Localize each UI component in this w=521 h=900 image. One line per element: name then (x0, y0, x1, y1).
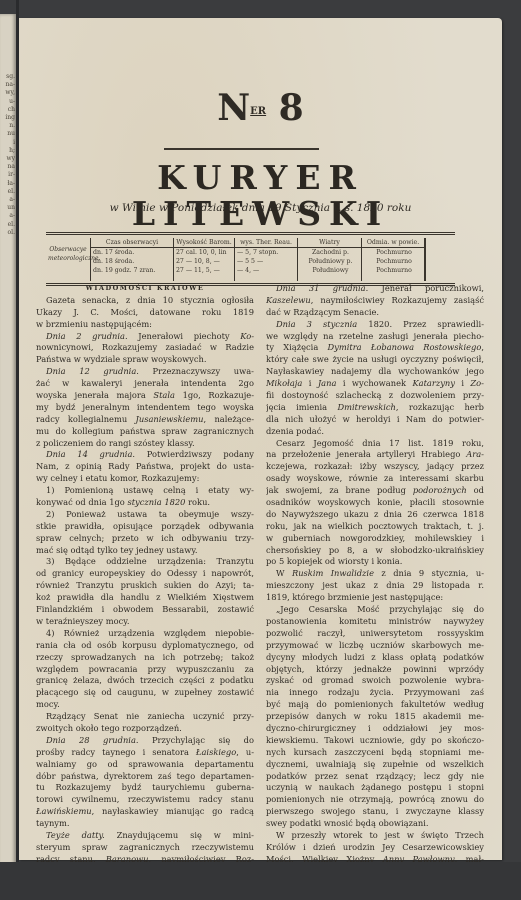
previous-page-text: ing (5, 115, 15, 121)
meteo-cell: 27 — 11, 5, — (174, 266, 234, 275)
text-line: radcy kollegialnemu Jusaniewskiemu, nale… (36, 414, 254, 426)
previous-page-text: ol. (8, 230, 15, 236)
text-line: W Ruskim Inwalidzie z dnia 9 stycznia, u… (266, 568, 484, 580)
text-line: fii dostoyność szlachecką z dozwoleniem … (266, 390, 484, 402)
text-line: koż prawidła dla handlu z Wielkiém Xięst… (36, 592, 254, 604)
dateline: w Wilnie w Poniedziałek dnia 19 Stycznia… (19, 202, 502, 214)
text-line: steryum spraw zagranicznych rzeczywistem… (36, 842, 254, 854)
text-line: żać w kawaleryi jenerała intendenta 2go (36, 378, 254, 390)
meteo-cell: — 4, — (235, 266, 297, 275)
previous-page-text: nu (7, 131, 15, 137)
meteo-cell: Pochmurno (362, 266, 424, 275)
meteo-label: Obserwacye meteorologiczne. (48, 245, 88, 263)
text-line: kiewskiemu. Takowi uczniowie, gdy po sko… (266, 735, 484, 747)
meteo-cell: — 5 5 — (235, 257, 297, 266)
text-line: w brzmieniu następującém: (36, 319, 254, 331)
meteo-column: Odmia. w powie.PochmurnoPochmurnoPochmur… (361, 238, 424, 281)
previous-page-text: el. (8, 189, 15, 195)
meteo-cell: Pochmurno (362, 257, 424, 266)
text-line: Dnia 31 grudnia. Jenerał porucznikowi, (266, 283, 484, 295)
text-line: z policzeniem do rangi szóstey klassy. (36, 438, 254, 450)
text-line: mieszczony jest ukaz z dnia 29 listopada… (266, 580, 484, 592)
previous-page-text: n. (9, 123, 15, 129)
text-line: od granicy europeyskiey do Odessy i napo… (36, 568, 254, 580)
meteo-cell: Południowy (298, 266, 361, 275)
previous-page-text: wy (6, 156, 15, 162)
meteo-column-header: Czas obserwacyi (91, 238, 173, 248)
text-line: dla nich ułożyć w heroldyi i Nam do potw… (266, 414, 484, 426)
text-line: zwoitych około tego rozporządzeń. (36, 723, 254, 735)
meteo-cell: 27 cal. 10, 0, lin (174, 248, 234, 257)
text-line: kczejewa, rozkazał: iżby wszyscy, jadący… (266, 461, 484, 473)
text-line: na przełożenie jenerała artylleryi Hrabi… (266, 449, 484, 461)
text-line: osadników woyskowych konie, płacili stos… (266, 497, 484, 509)
text-line: 1819, którego brzmienie jest następujące… (266, 592, 484, 604)
text-line: pierwszego swojego stanu, i zwyczayne kl… (266, 806, 484, 818)
previous-page-text: sg. (6, 74, 15, 80)
text-line: Ukazy J. C. Mości, datowane roku 1819 (36, 307, 254, 319)
meteo-column-header: Wysokość Barom. (174, 238, 234, 248)
text-line: objętych, którzy jednakże powinni wprzód… (266, 664, 484, 676)
text-line: taynym. (36, 818, 254, 830)
text-line: prośby radcy taynego i senatora Łaiskieg… (36, 747, 254, 759)
text-line: przyymować w liczbę uczniów skarbowych m… (266, 640, 484, 652)
text-line: dycznemi, uwalniają się zupełnie od wsze… (266, 759, 484, 771)
previous-page-text: wy, (5, 90, 15, 96)
text-line: dyczno-chirurgiczney i oddziałowi jey mo… (266, 723, 484, 735)
text-line: woyska jenerała majora Stala 1go, Rozkaz… (36, 390, 254, 402)
text-line: który całe swe życie na usługi oyczyzny … (266, 354, 484, 366)
text-line: być mają do pomienionych fakultetów wedł… (266, 699, 484, 711)
text-line: wy celney i etatu komor, Rozkazujemy: (36, 473, 254, 485)
issue-number-prefix: N (217, 87, 250, 129)
issue-number-suffix: ER (250, 106, 266, 117)
meteo-cell: dn. 17 środa. (91, 248, 173, 257)
text-line: podatków przez senat rządzący; lecz gdy … (266, 771, 484, 783)
previous-page-text: ir- (8, 172, 15, 178)
meteo-column: Czas obserwacyidn. 17 środa.dn. 18 środa… (90, 238, 173, 281)
text-line: rzeczy sprowadzanych na ich potrzebę; ta… (36, 652, 254, 664)
meteo-column: WiatryZachodni p.Południowy p.Południowy (297, 238, 361, 281)
issue-number-value: 8 (279, 87, 304, 129)
text-line: Dnia 28 grudnia. Przychylając się do (36, 735, 254, 747)
meteo-column: wys. Ther. Reau.— 5, 7 stopn.— 5 5 —— 4,… (234, 238, 297, 281)
previous-page-text: ch (8, 107, 15, 113)
text-line: w guberniach nowgorodzkiey, mohilewskiey… (266, 533, 484, 545)
text-line: ty Xiążęcia Dymitra Łobanowa Rostowskieg… (266, 342, 484, 354)
text-line: spraw celnych; przeto w ich odbywaniu tr… (36, 533, 254, 545)
text-line: dać w Rządzącym Senacie. (266, 307, 484, 319)
text-line: we względy na rzetelne zasługi jenerała … (266, 331, 484, 343)
text-line: Mikołaja i Jana i wychowanek Katarzyny i… (266, 378, 484, 390)
text-line: W przeszły wtorek to jest w święto Trzec… (266, 830, 484, 842)
right-column: Dnia 31 grudnia. Jenerał porucznikowi,Ka… (266, 283, 484, 889)
meteo-border (424, 238, 426, 281)
text-line: pomienionych nie otrzymają, powrócą znow… (266, 794, 484, 806)
text-line: do Naywyższego ukazu z dnia 26 czerwca 1… (266, 509, 484, 521)
text-line: 3) Będące oddzielne urządzenia: Tranzytu (36, 556, 254, 568)
scanner-background (0, 862, 521, 900)
text-line: Ławińskiemu, nayłaskawiey mianując go ra… (36, 806, 254, 818)
text-line: zyskać od gromad swoich pozwolenie wybra… (266, 675, 484, 687)
text-line: 1) Pomienioną ustawę celną i etaty wy- (36, 485, 254, 497)
text-line: Nayłaskawiey nadajemy dla wychowanków je… (266, 366, 484, 378)
text-line: swey podatki wnosić będą obowiązani. (266, 818, 484, 830)
previous-page-text: i (13, 140, 15, 146)
newspaper-page: NER 8 KURYER LITEWSKI w Wilnie w Poniedz… (19, 18, 502, 860)
title-divider (164, 148, 319, 150)
text-line: chersońskiey po 8, a w słobodzko-ukraińs… (266, 545, 484, 557)
text-line: 2) Ponieważ ustawa ta obeymuje wszy- (36, 509, 254, 521)
text-line: Królów i dzień urodzin Jey Cesarzewicows… (266, 842, 484, 854)
text-line: Cesarz Jegomość dnia 17 list. 1819 roku, (266, 438, 484, 450)
meteo-cell: 27 — 10, 8, — (174, 257, 234, 266)
text-line: mocy. (36, 699, 254, 711)
previous-page-text: a- (9, 213, 15, 219)
text-line: Dnia 14 grudnia. Potwierdziwszy podany (36, 449, 254, 461)
meteo-cell: Pochmurno (362, 248, 424, 257)
text-line: stkie prawidła, opisujące porządek odbyw… (36, 521, 254, 533)
meteo-column-header: Odmia. w powie. (362, 238, 424, 248)
left-column: WIADOMOŚCI KRAIOWEGazeta senacka, z dnia… (36, 283, 254, 889)
text-line: Dnia 12 grudnia. Przeznaczywszy uwa- (36, 366, 254, 378)
text-line: Państwa w wydziale spraw woyskowych. (36, 354, 254, 366)
text-line: Gazeta senacka, z dnia 10 stycznia ogłos… (36, 295, 254, 307)
text-line: mać się odtąd tylko tey jedney ustawy. (36, 545, 254, 557)
text-line: walniamy go od sprawowania departamentu (36, 759, 254, 771)
text-line: dzenia podać. (266, 426, 484, 438)
meteo-cell: — 5, 7 stopn. (235, 248, 297, 257)
text-line: tu Rozkazujemy bydź taurychiemu guberna- (36, 782, 254, 794)
text-line: Finlandzkiém i obwodem Bessarabii, zosta… (36, 604, 254, 616)
previous-page-text: un (7, 205, 15, 211)
text-line: w teraźnieyszey mocy. (36, 616, 254, 628)
newspaper-title: KURYER LITEWSKI (19, 160, 502, 232)
text-line: osady woyskowe, równie za interessami sk… (266, 473, 484, 485)
text-line: Dnia 3 stycznia 1820. Przez sprawiedli- (266, 319, 484, 331)
text-line: jęcia imienia Dmitrewskich, rozkazując h… (266, 402, 484, 414)
text-line: Kaszelewu, naymiłościwiey Rozkazujemy za… (266, 295, 484, 307)
meteo-column: Wysokość Barom.27 cal. 10, 0, lin27 — 10… (173, 238, 234, 281)
text-line: jak swojemi, za brane podług podorożnych… (266, 485, 484, 497)
previous-page-text: ła- (7, 181, 15, 187)
text-line: rania cła od osób korpusu dyplomatyczneg… (36, 640, 254, 652)
text-line: mu do kollegium państwa spraw zagraniczn… (36, 426, 254, 438)
meteorological-table: Obserwacye meteorologiczne. Czas obserwa… (46, 232, 455, 286)
issue-number: NER 8 (19, 90, 502, 126)
previous-page-text: h; (9, 148, 15, 154)
text-line: płacącego się od caugunu, w zupełney zos… (36, 687, 254, 699)
text-line: nia innego rodzaju życia. Przyymowani za… (266, 687, 484, 699)
text-line: nownicynowi, Rozkazujemy zasiadać w Radz… (36, 342, 254, 354)
text-line: dycyny młodych ludzi z klass opłatą poda… (266, 652, 484, 664)
text-line: torowi cywilnemu, rzeczywistemu radcy st… (36, 794, 254, 806)
section-heading: WIADOMOŚCI KRAIOWE (36, 283, 254, 295)
text-line: 4) Również urządzenia względem niepobie- (36, 628, 254, 640)
text-line: również Tranzytu pruskich sukien do Azyi… (36, 580, 254, 592)
text-line: po 5 kopiejek od wiorsty i konia. (266, 556, 484, 568)
previous-page-text: el. (8, 222, 15, 228)
previous-page-edge: sg.na-wy,u-chingn.nuih;wynair-ła-el.a-un… (0, 14, 16, 894)
text-line: konywać od dnia 1go stycznia 1820 roku. (36, 497, 254, 509)
text-line: Dnia 2 grudnia. Jenerałowi piechoty Ko- (36, 331, 254, 343)
meteo-cell: dn. 18 środa. (91, 257, 173, 266)
meteo-cell: dn. 19 godz. 7 zran. (91, 266, 173, 275)
text-line: Nam, z opinią Rady Państwa, projekt do u… (36, 461, 254, 473)
text-line: uczynią w naukach żądanego postępu i sto… (266, 782, 484, 794)
text-line: przepisów danych w roku 1815 akademii me… (266, 711, 484, 723)
meteo-cell: Południowy p. (298, 257, 361, 266)
text-line: my bydź jeneralnym intendentem tego woys… (36, 402, 254, 414)
meteo-cell: Zachodni p. (298, 248, 361, 257)
text-line: dóbr państwa, dyrektorem zaś tego depart… (36, 771, 254, 783)
text-line: „Jego Cesarska Mość przychylając się do (266, 604, 484, 616)
meteo-column-header: Wiatry (298, 238, 361, 248)
text-line: nych kursach zaszczyceni będą stopniami … (266, 747, 484, 759)
text-line: roku, jak na wielkich pocztowych traktac… (266, 521, 484, 533)
text-line: granicę żelaza, dwóch trzecich części z … (36, 675, 254, 687)
previous-page-text: na (8, 164, 15, 170)
text-line: Teyże datty. Znaydującemu się w mini- (36, 830, 254, 842)
text-line: względem powracania przy wypuszczaniu za (36, 664, 254, 676)
previous-page-text: a- (9, 197, 15, 203)
text-line: pozwolić raczył, uniwersytetom rossyyski… (266, 628, 484, 640)
meteo-column-header: wys. Ther. Reau. (235, 238, 297, 248)
previous-page-text: u- (9, 99, 15, 105)
previous-page-text: na- (6, 82, 15, 88)
text-line: postanowienia komitetu ministrów naywyże… (266, 616, 484, 628)
text-line: Rządzący Senat nie zaniecha uczynić przy… (36, 711, 254, 723)
